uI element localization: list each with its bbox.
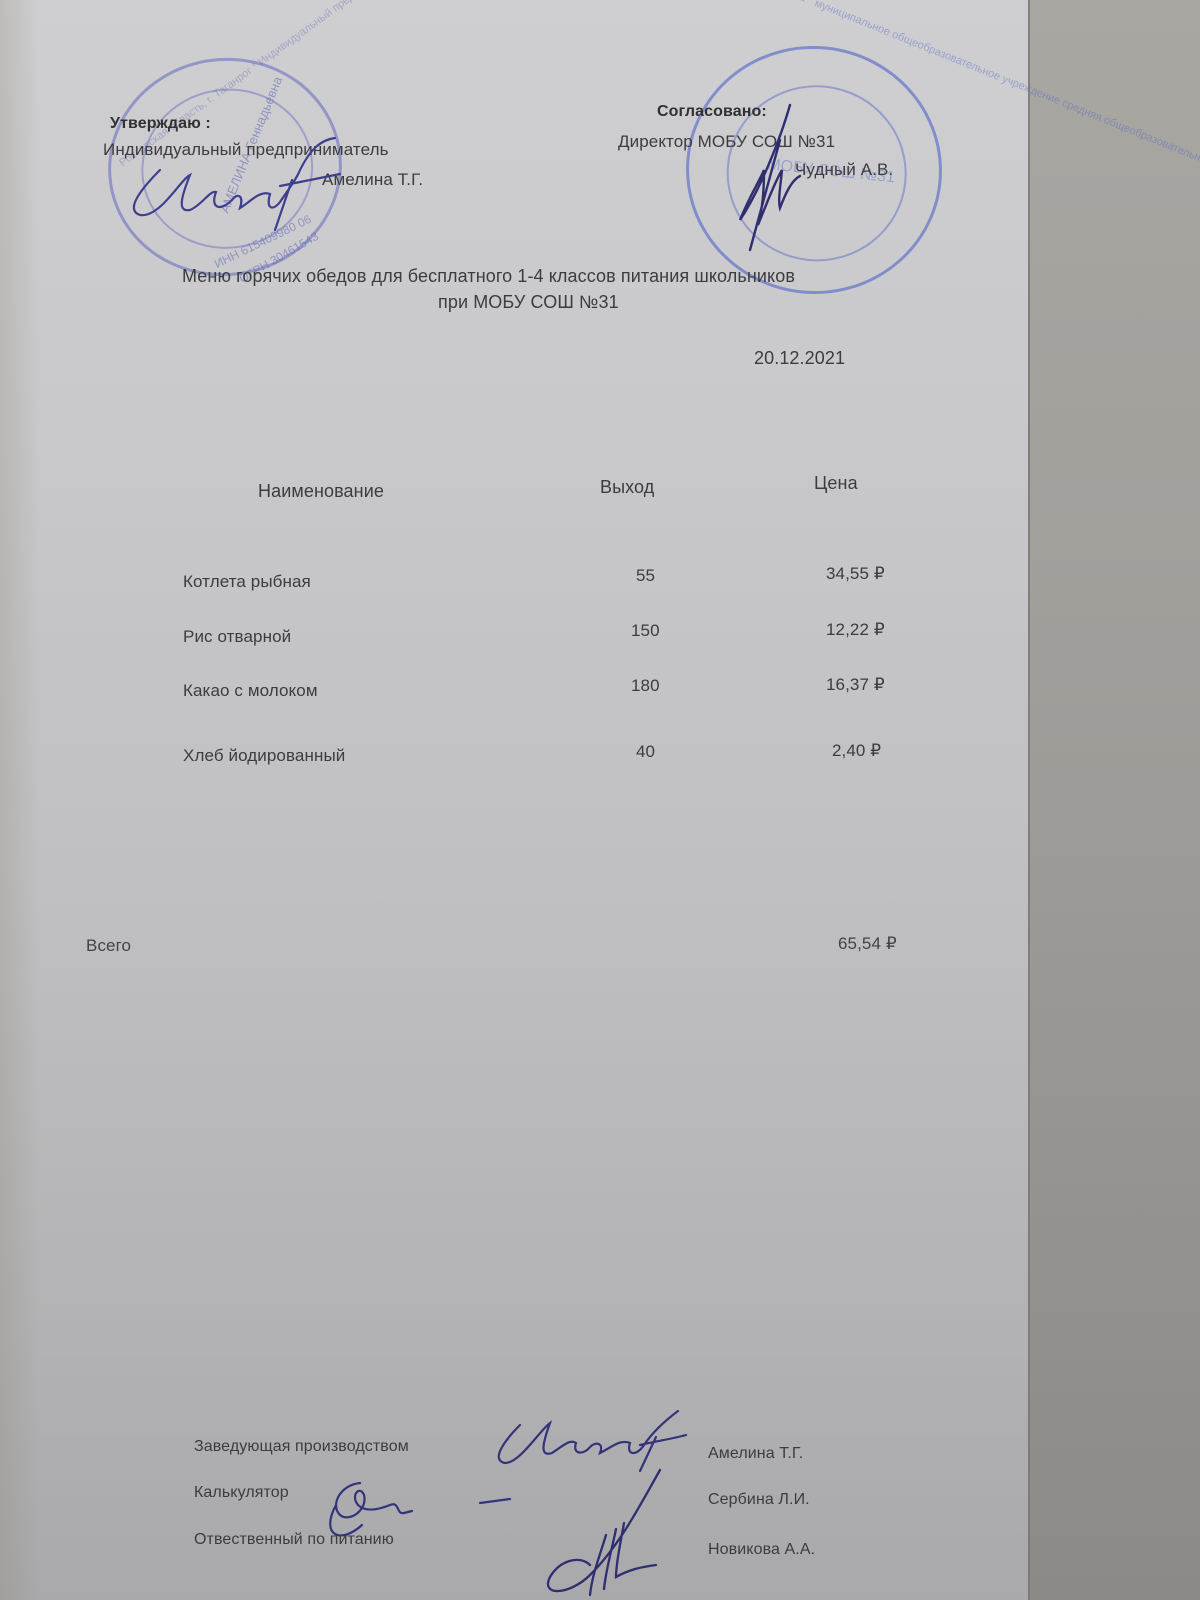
menu-title-line1: Меню горячих обедов для бесплатного 1-4 … [182,266,795,287]
signature-nutrition-officer [520,1465,700,1600]
agreement-signature [720,100,840,260]
row-price: 12,22 ₽ [826,620,885,640]
column-header-price: Цена [814,473,858,494]
signature-calculator [300,1465,540,1555]
signatory-role: Заведующая производством [194,1438,409,1456]
total-value: 65,54 ₽ [838,934,897,954]
row-output: 40 [636,742,655,762]
row-name: Какао с молоком [183,681,318,701]
signatory-name: Новикова А.А. [708,1541,815,1559]
column-header-output: Выход [600,477,654,498]
document-sheet: Ростовская область, г. Таганрог * Индиви… [0,0,1028,1600]
background-seam [1028,0,1030,1600]
row-name: Рис отварной [183,627,291,647]
approval-signature [120,130,360,240]
total-label: Всего [86,936,131,956]
row-output: 150 [631,621,660,641]
row-name: Хлеб йодированный [183,746,345,766]
row-output: 180 [631,676,660,696]
signatory-name: Амелина Т.Г. [708,1445,803,1463]
row-output: 55 [636,566,655,586]
menu-title-line2: при МОБУ СОШ №31 [438,292,619,313]
menu-date: 20.12.2021 [754,348,845,369]
signatory-name: Сербина Л.И. [708,1491,810,1509]
row-price: 2,40 ₽ [832,741,881,761]
row-price: 16,37 ₽ [826,675,885,695]
column-header-name: Наименование [258,481,384,502]
row-price: 34,55 ₽ [826,564,885,584]
row-name: Котлета рыбная [183,572,311,592]
signatory-role: Калькулятор [194,1484,289,1502]
